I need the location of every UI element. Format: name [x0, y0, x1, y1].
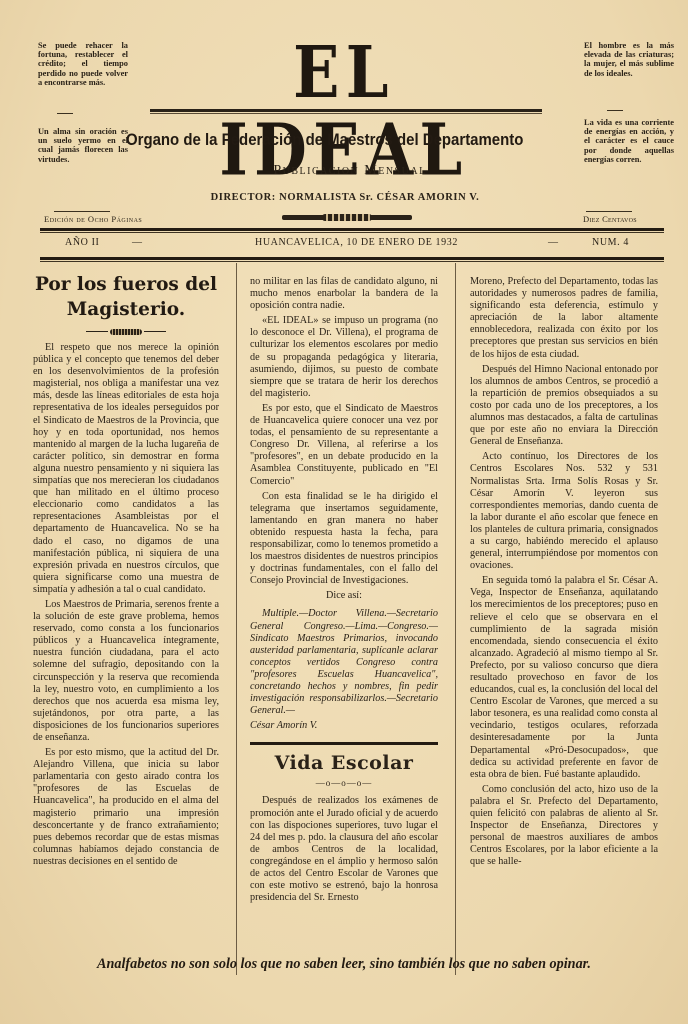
quote-separator [57, 113, 73, 114]
article-paragraph: Es por esto mismo, que la actitud del Dr… [33, 747, 219, 868]
side-quote-top-right: El hombre es la más elevada de las criat… [584, 41, 674, 78]
place-date: HUANCAVELICA, 10 DE ENERO DE 1932 [255, 237, 458, 248]
info-rule [40, 261, 664, 262]
article-paragraph: Después de realizados los exámenes de pr… [250, 795, 438, 904]
article-paragraph: Los Maestros de Primaria, serenos frente… [33, 599, 219, 744]
masthead-rule [150, 113, 542, 114]
director-line: DIRECTOR: NORMALISTA Sr. CÉSAR AMORIN V. [190, 192, 500, 203]
volume-year: AÑO II [65, 237, 99, 248]
section-rule [250, 742, 438, 745]
masthead-rule [150, 109, 542, 112]
footer-quote: Analfabetos no son solo los que no saben… [0, 956, 688, 973]
article-paragraph: Con esta finalidad se le ha dirigido el … [250, 491, 438, 588]
article-title: Vida Escolar [250, 751, 438, 775]
side-quote-top-left: Se puede rehacer la fortuna, restablecer… [38, 41, 128, 87]
article-paragraph: El respeto que nos merece la opinión púb… [33, 342, 219, 596]
article-column-2: no militar en las filas de candidato alg… [250, 276, 438, 907]
dash: — [548, 237, 559, 248]
edition-rule [54, 211, 110, 212]
header-rule [40, 228, 664, 231]
issue-info-bar: AÑO II — HUANCAVELICA, 10 DE ENERO DE 19… [40, 237, 664, 251]
title-ornament: —o—o—o— [250, 777, 438, 789]
newspaper-page: Se puede rehacer la fortuna, restablecer… [0, 0, 688, 1024]
article-column-1: Por los fueros del Magisterio. El respet… [33, 272, 219, 871]
edition-label: Edición de Ocho Páginas [44, 214, 142, 224]
article-paragraph: «EL IDEAL» se impuso un programa (no lo … [250, 315, 438, 400]
dash: — [132, 237, 143, 248]
article-paragraph: Después del Himno Nacional entonado por … [470, 364, 658, 449]
publication-frequency: Publicacion Mensual [250, 163, 450, 179]
article-paragraph: no militar en las filas de candidato alg… [250, 276, 438, 312]
quote-separator [607, 110, 623, 111]
header-rule [40, 232, 664, 233]
telegram-body: Multiple.—Doctor Villena.—Secretario Gen… [250, 608, 438, 717]
article-column-3: Moreno, Prefecto del Departamento, todas… [470, 276, 658, 872]
ornament-center-icon [322, 214, 372, 221]
telegram-text: Multiple.—Doctor Villena.—Secretario Gen… [250, 608, 438, 732]
price-label: Diez Centavos [583, 214, 637, 224]
column-divider [236, 263, 237, 975]
info-rule [40, 257, 664, 260]
signature: César Amorín V. [250, 720, 438, 732]
telegram-intro: Dice así: [250, 590, 438, 602]
article-paragraph: Moreno, Prefecto del Departamento, todas… [470, 276, 658, 361]
side-quote-bottom-right: La vida es una corriente de energías en … [584, 118, 674, 164]
article-paragraph: Como conclusión del acto, hizo uso de la… [470, 784, 658, 869]
article-title: Por los fueros del Magisterio. [33, 272, 219, 322]
title-ornament-icon [33, 326, 219, 334]
column-divider [455, 263, 456, 975]
article-paragraph: Es por esto, que el Sindicato de Maestro… [250, 403, 438, 488]
article-paragraph: En seguida tomó la palabra el Sr. César … [470, 575, 658, 781]
side-quote-bottom-left: Un alma sin oración es un suelo yermo en… [38, 127, 128, 164]
issue-number: NUM. 4 [592, 237, 629, 248]
article-paragraph: Acto contínuo, los Directores de los Cen… [470, 451, 658, 572]
masthead-subtitle: Organo de la Federación de Maestros del … [126, 130, 513, 150]
price-rule [586, 211, 632, 212]
masthead-title: EL IDEAL [170, 33, 518, 111]
